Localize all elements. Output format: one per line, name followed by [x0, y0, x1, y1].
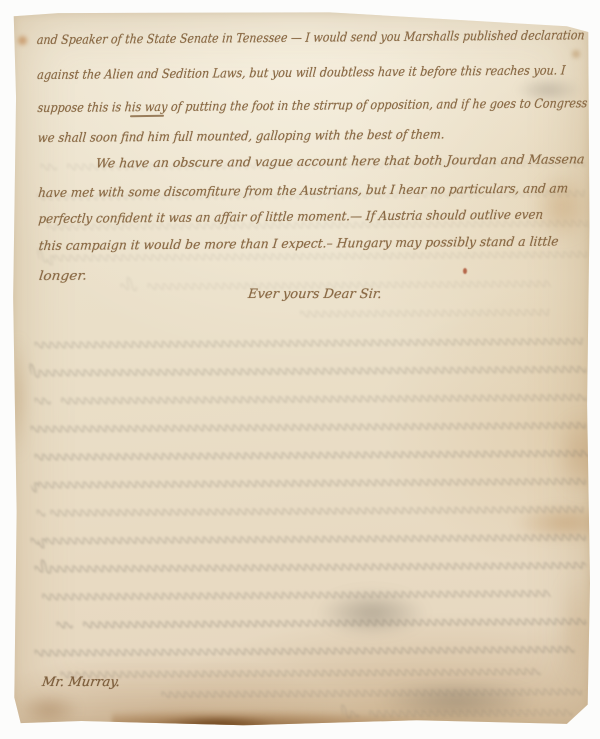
letter-line: suppose this is his way of putting the f… [36, 90, 588, 121]
letter-line: this campaign it would be more than I ex… [38, 228, 560, 259]
scan-background: { "page": { "background_color": "#fcfcfb… [0, 0, 600, 739]
letter-page: and Speaker of the State Senate in Tenes… [12, 12, 590, 726]
letter-line: We have an obscure and vague account her… [95, 146, 586, 176]
letter-line: longer. [38, 263, 89, 289]
letter-line: and Speaker of the State Senate in Tenes… [36, 22, 586, 53]
letter-line: we shall soon find him full mounted, gal… [37, 121, 446, 151]
letter-line: perfectly confident it was an affair of … [37, 202, 544, 232]
letter-body: and Speaker of the State Senate in Tenes… [11, 7, 595, 726]
addressee-line: Mr. Murray. [40, 670, 122, 696]
letter-line: against the Alien and Sedition Laws, but… [36, 57, 566, 88]
closing-line: Ever yours Dear Sir. [247, 282, 383, 308]
